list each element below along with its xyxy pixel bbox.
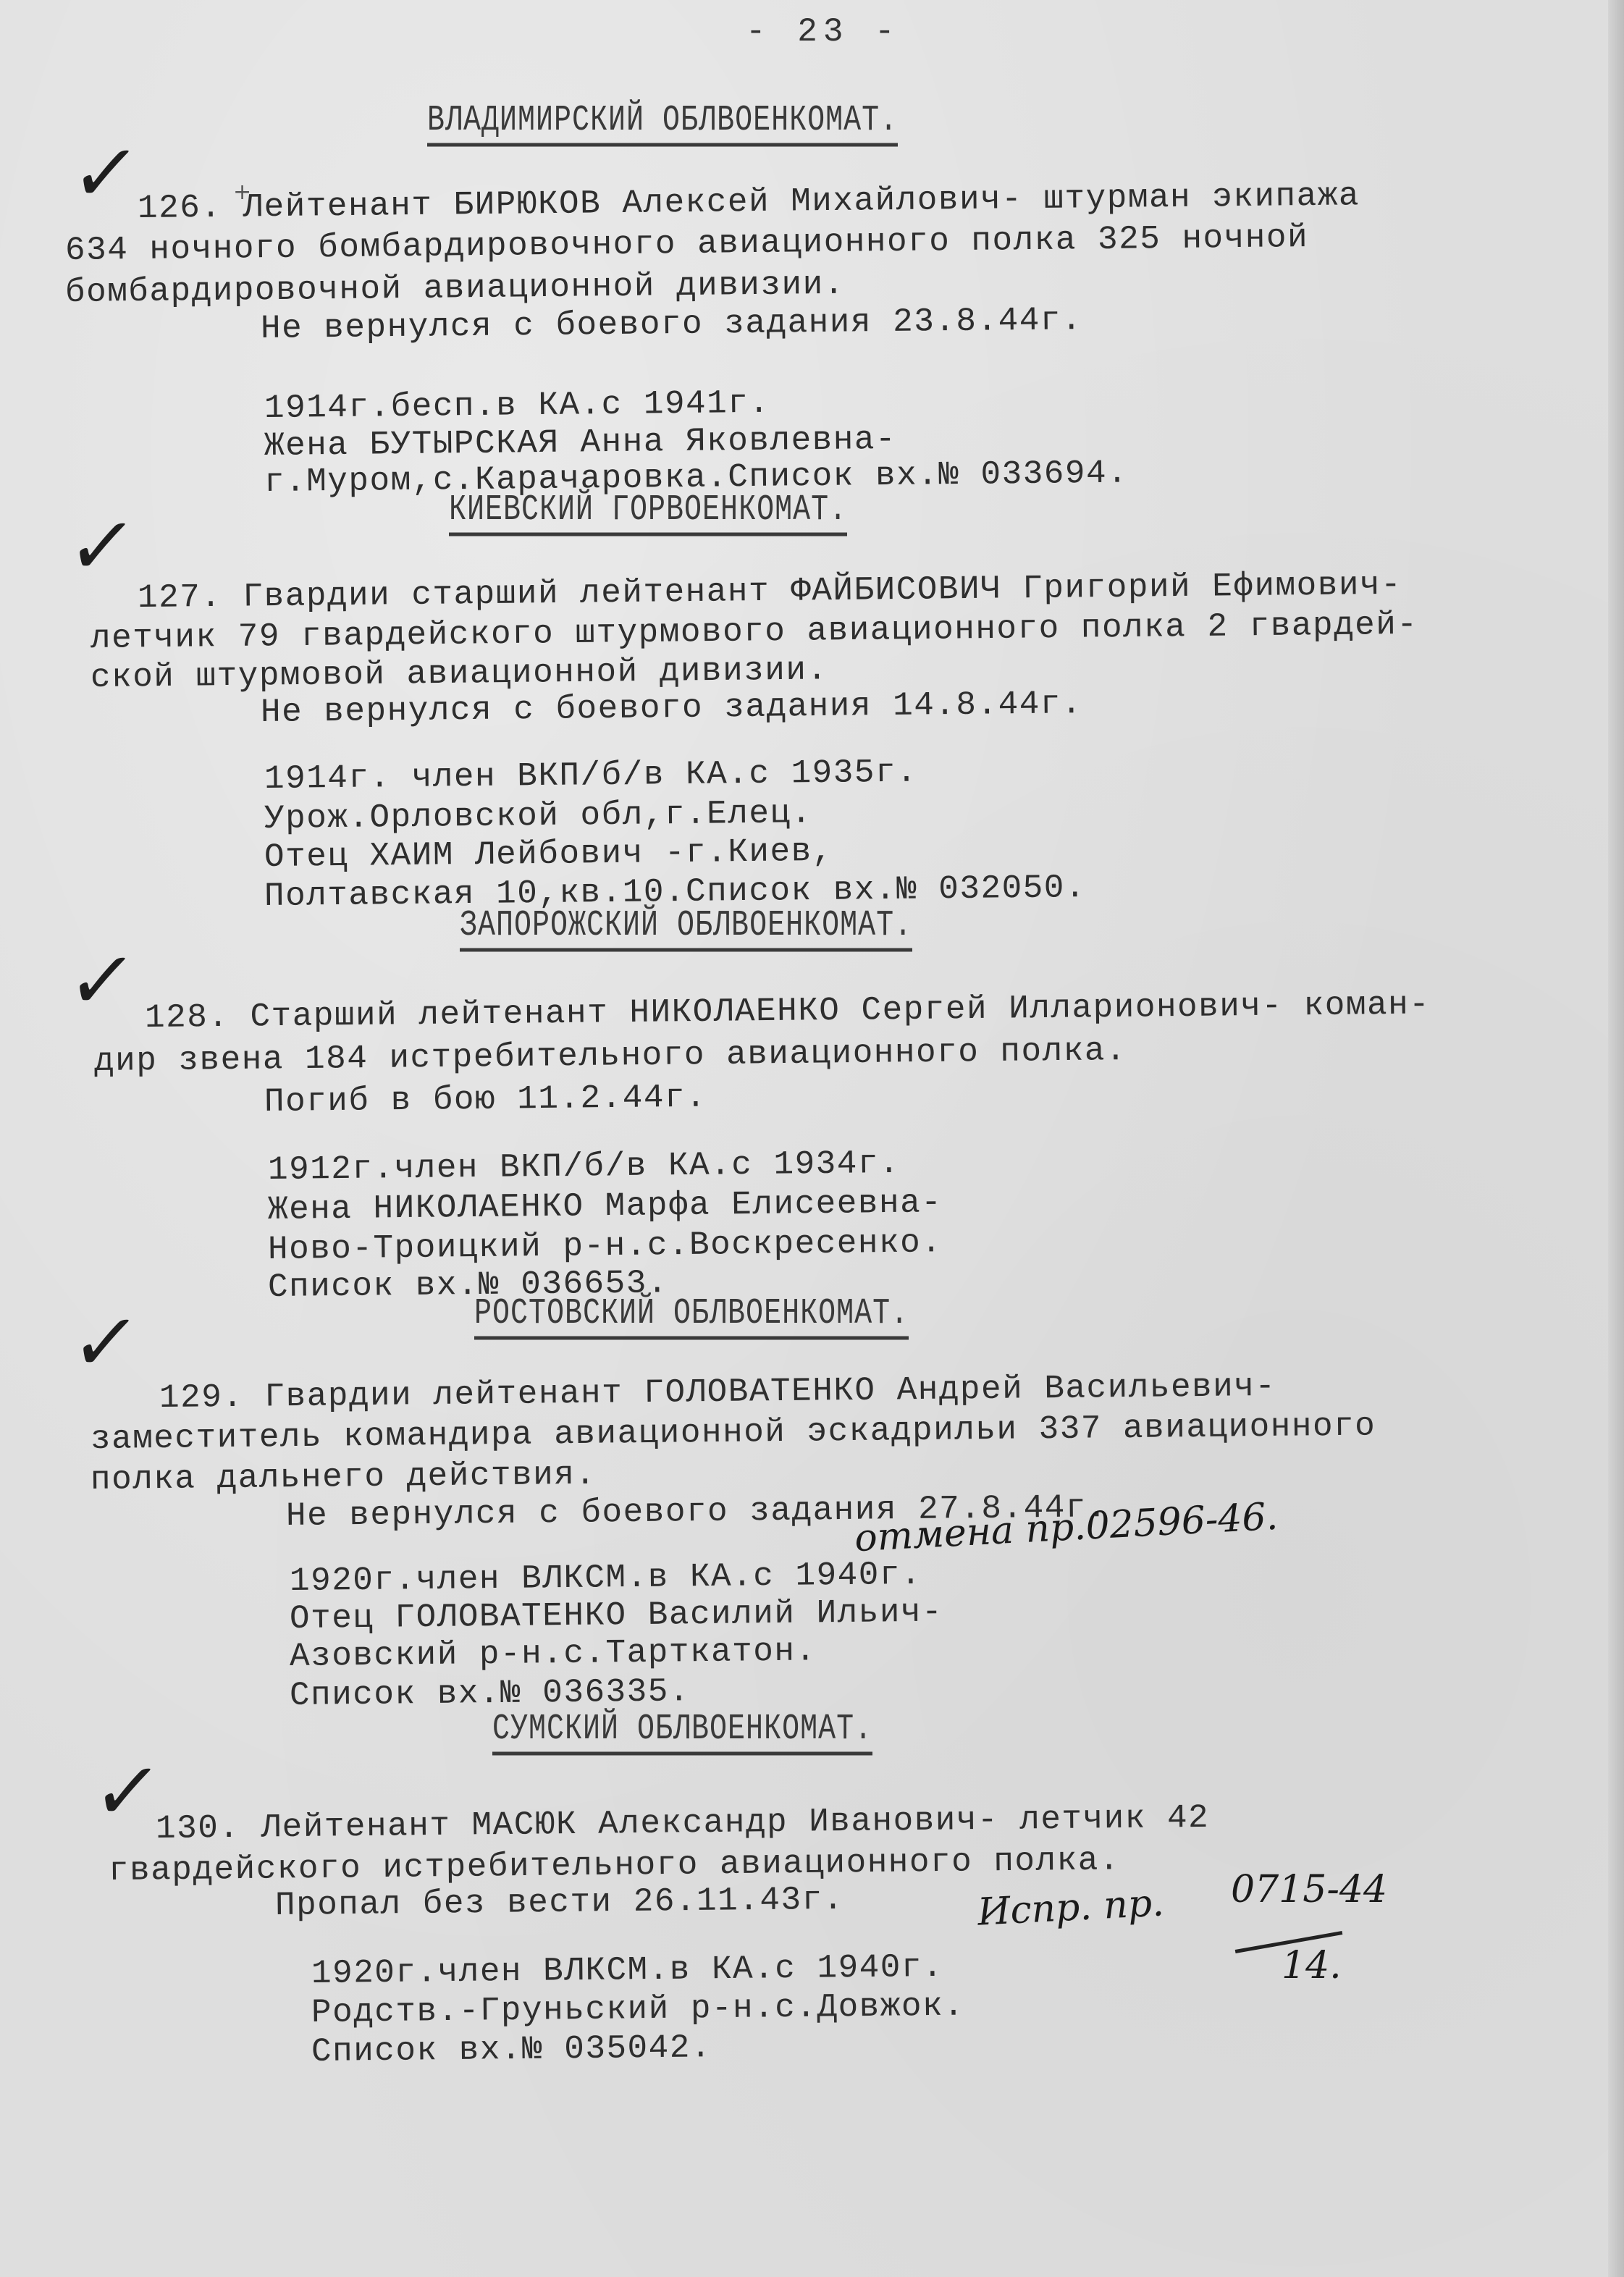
checkmark-icon: ✓ xyxy=(62,500,142,592)
section-heading-vladimir: ВЛАДИМИРСКИЙ ОБЛВОЕНКОМАТ. xyxy=(427,101,898,141)
handwritten-fraction-denominator: 14. xyxy=(1282,1944,1342,1987)
handwritten-note-130: Испр. пр. xyxy=(977,1881,1165,1934)
heading-text: РОСТОВСКИЙ ОБЛВОЕНКОМАТ. xyxy=(474,1294,909,1340)
checkmark-icon: ✓ xyxy=(62,934,142,1027)
heading-text: КИЕВСКИЙ ГОРВОЕНКОМАТ. xyxy=(449,490,847,536)
checkmark-icon: ✓ xyxy=(66,1296,146,1389)
entry-127-line-5: 1914г. член ВКП/б/в КА.с 1935г. xyxy=(264,754,918,798)
section-heading-rostov: РОСТОВСКИЙ ОБЛВОЕНКОМАТ. xyxy=(474,1294,909,1334)
entry-129-line-6: Отец ГОЛОВАТЕНКО Василий Ильич- xyxy=(290,1594,943,1638)
entry-128-line-1: 128. Старший лейтенант НИКОЛАЕНКО Сергей… xyxy=(145,985,1431,1037)
page-number: - 23 - xyxy=(746,13,901,51)
entry-126-line-5: 1914г.бесп.в КА.с 1941г. xyxy=(264,384,770,427)
entry-128-line-5: Жена НИКОЛАЕНКО Марфа Елисеевна- xyxy=(268,1184,943,1229)
entry-127-line-4: Не вернулся с боевого задания 14.8.44г. xyxy=(261,685,1083,731)
entry-127-line-6: Урож.Орловской обл,г.Елец. xyxy=(264,794,812,838)
section-heading-kiev: КИЕВСКИЙ ГОРВОЕНКОМАТ. xyxy=(449,490,847,531)
entry-128-line-6: Ново-Троицкий р-н.с.Воскресенко. xyxy=(268,1224,943,1268)
entry-128-line-3: Погиб в бою 11.2.44г. xyxy=(264,1079,707,1121)
entry-130-line-6: Список вх.№ 035042. xyxy=(311,2029,712,2071)
entry-128-line-2: дир звена 184 истребительного авиационно… xyxy=(94,1032,1127,1080)
entry-130-line-3: Пропал без вести 26.11.43г. xyxy=(275,1881,844,1924)
heading-text: СУМСКИЙ ОБЛВОЕНКОМАТ. xyxy=(492,1709,872,1756)
entry-129-line-8: Список вх.№ 036335. xyxy=(290,1672,691,1714)
entry-128-line-4: 1912г.член ВКП/б/в КА.с 1934г. xyxy=(268,1145,901,1189)
section-heading-sumy: СУМСКИЙ ОБЛВОЕНКОМАТ. xyxy=(492,1709,872,1750)
entry-127-line-7: Отец ХАИМ Лейбович -г.Киев, xyxy=(264,833,833,876)
entry-130-line-2: гвардейского истребительного авиационног… xyxy=(109,1841,1120,1890)
entry-130-line-1: 130. Лейтенант МАСЮК Александр Иванович-… xyxy=(156,1799,1210,1848)
heading-text: ВЛАДИМИРСКИЙ ОБЛВОЕНКОМАТ. xyxy=(427,101,898,147)
checkmark-icon: ✓ xyxy=(66,127,146,219)
entry-129-line-7: Азовский р-н.с.Тарткатон. xyxy=(290,1632,817,1675)
section-heading-zaporozhye: ЗАПОРОЖСКИЙ ОБЛВОЕНКОМАТ. xyxy=(460,906,912,946)
entry-126-line-4: Не вернулся с боевого задания 23.8.44г. xyxy=(261,301,1083,348)
handwritten-fraction-numerator: 0715-44 xyxy=(1231,1868,1387,1911)
page-edge-shadow xyxy=(1608,0,1624,2277)
entry-130-line-5: Родств.-Груньский р-н.с.Довжок. xyxy=(311,1987,965,2032)
document-page: - 23 - ВЛАДИМИРСКИЙ ОБЛВОЕНКОМАТ. ✓ + 12… xyxy=(0,0,1624,2277)
entry-129-line-3: полка дальнего действия. xyxy=(91,1456,597,1499)
entry-126-line-2: 634 ночного бомбардировочного авиационно… xyxy=(65,219,1309,269)
entry-130-line-4: 1920г.член ВЛКСМ.в КА.с 1940г. xyxy=(311,1948,944,1992)
heading-text: ЗАПОРОЖСКИЙ ОБЛВОЕНКОМАТ. xyxy=(460,906,912,952)
entry-129-line-5: 1920г.член ВЛКСМ.в КА.с 1940г. xyxy=(290,1556,922,1600)
